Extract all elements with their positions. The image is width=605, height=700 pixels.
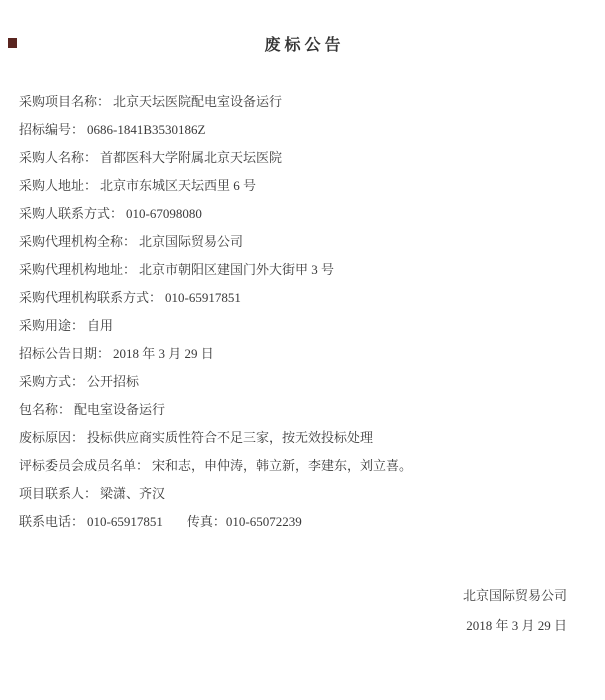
field-line: 采购代理机构地址：北京市朝阳区建国门外大街甲 3 号 <box>19 256 605 284</box>
field-label: 招标编号： <box>19 122 84 137</box>
field-value: 梁潇、齐汉 <box>100 486 165 501</box>
field-value: 自用 <box>87 318 113 333</box>
field-line: 招标公告日期：2018 年 3 月 29 日 <box>19 340 605 368</box>
field-line: 采购代理机构全称：北京国际贸易公司 <box>19 228 605 256</box>
field-line: 采购方式：公开招标 <box>19 368 605 396</box>
signature-block: 北京国际贸易公司 2018 年 3 月 29 日 <box>0 581 605 641</box>
field-line: 采购人联系方式：010-67098080 <box>19 200 605 228</box>
field-line: 包名称：配电室设备运行 <box>19 396 605 424</box>
field-value: 投标供应商实质性符合不足三家，按无效投标处理 <box>87 430 373 445</box>
field-line: 招标编号：0686-1841B3530186Z <box>19 116 605 144</box>
field-label: 联系电话： <box>19 514 84 529</box>
field-value: 北京市朝阳区建国门外大街甲 3 号 <box>139 262 334 277</box>
field-value: 010-65917851 <box>165 290 241 305</box>
field-line: 评标委员会成员名单：宋和志，申仲涛，韩立新，李建东，刘立喜。 <box>19 452 605 480</box>
field-label: 采购人名称： <box>19 150 97 165</box>
field-value: 010-65917851 <box>87 514 163 529</box>
field-value: 首都医科大学附属北京天坛医院 <box>100 150 282 165</box>
field-line: 废标原因：投标供应商实质性符合不足三家，按无效投标处理 <box>19 424 605 452</box>
signature-date: 2018 年 3 月 29 日 <box>0 611 567 641</box>
document-page: { "page": { "background_color": "#ffffff… <box>0 0 605 700</box>
field-line: 项目联系人：梁潇、齐汉 <box>19 480 605 508</box>
field-line: 采购项目名称：北京天坛医院配电室设备运行 <box>19 88 605 116</box>
field-line: 采购用途：自用 <box>19 312 605 340</box>
field-lines: 采购项目名称：北京天坛医院配电室设备运行招标编号：0686-1841B35301… <box>0 88 605 536</box>
field-value: 配电室设备运行 <box>74 402 165 417</box>
field-value: 北京国际贸易公司 <box>139 234 243 249</box>
field-label: 采购方式： <box>19 374 84 389</box>
field-line: 采购人名称：首都医科大学附属北京天坛医院 <box>19 144 605 172</box>
field-label: 采购用途： <box>19 318 84 333</box>
field-value: 2018 年 3 月 29 日 <box>113 346 214 361</box>
field-label: 项目联系人： <box>19 486 97 501</box>
field-value: 北京市东城区天坛西里 6 号 <box>100 178 256 193</box>
field-label: 招标公告日期： <box>19 346 110 361</box>
field-value: 公开招标 <box>87 374 139 389</box>
field-label: 采购代理机构地址： <box>19 262 136 277</box>
field-value: 北京天坛医院配电室设备运行 <box>113 94 282 109</box>
field-value: 010-67098080 <box>126 206 202 221</box>
field-line: 采购代理机构联系方式：010-65917851 <box>19 284 605 312</box>
page-title: 废标公告 <box>0 36 605 56</box>
field-extra-pair: 传真：010-65072239 <box>187 514 302 529</box>
field-label: 采购项目名称： <box>19 94 110 109</box>
field-line: 采购人地址：北京市东城区天坛西里 6 号 <box>19 172 605 200</box>
field-value: 0686-1841B3530186Z <box>87 122 205 137</box>
field-label: 采购代理机构联系方式： <box>19 290 162 305</box>
field-label: 采购人联系方式： <box>19 206 123 221</box>
field-label: 包名称： <box>19 402 71 417</box>
field-label: 采购代理机构全称： <box>19 234 136 249</box>
field-line: 联系电话：010-65917851传真：010-65072239 <box>19 508 605 536</box>
field-label: 评标委员会成员名单： <box>19 458 149 473</box>
field-value: 宋和志，申仲涛，韩立新，李建东，刘立喜。 <box>152 458 412 473</box>
corner-stamp-mark <box>8 38 17 48</box>
field-label: 废标原因： <box>19 430 84 445</box>
signature-company: 北京国际贸易公司 <box>0 581 567 611</box>
field-label: 采购人地址： <box>19 178 97 193</box>
